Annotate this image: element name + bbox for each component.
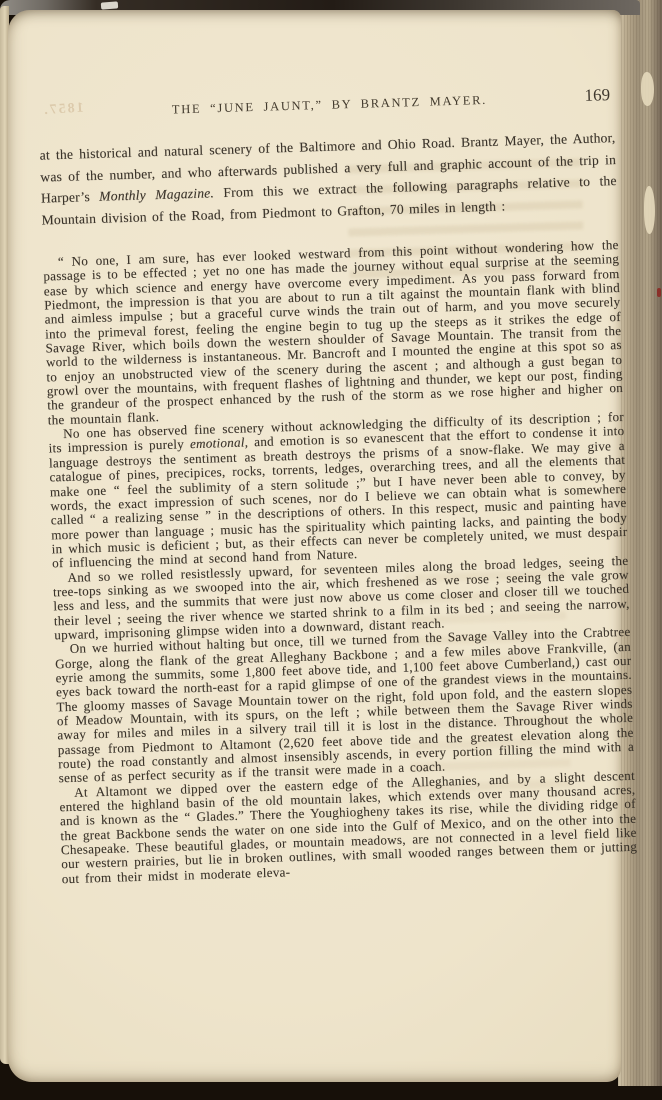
page-edge-chip bbox=[644, 186, 655, 234]
paragraph-text: On we hurried without halting but once, … bbox=[55, 624, 634, 786]
top-edge-chip bbox=[101, 1, 118, 9]
intro-italic-magazine-title: Monthly Magazine. bbox=[99, 185, 214, 204]
paragraph-text: At Altamont we dipped over the eastern e… bbox=[59, 767, 637, 886]
ghost-bleed-year: 1857. bbox=[42, 101, 84, 120]
intro-paragraph: at the historical and natural scenery of… bbox=[39, 127, 617, 231]
scanned-book-photo: { "header": { "running_title": "THE \u20… bbox=[0, 0, 662, 1100]
red-edge-mark bbox=[657, 288, 661, 297]
extract-body: “ No one, I am sure, has ever looked wes… bbox=[43, 238, 638, 886]
page-text-block: 1857. THE “JUNE JAUNT,” BY BRANTZ MAYER.… bbox=[38, 85, 638, 886]
paragraph: No one has observed fine scenery without… bbox=[48, 410, 628, 571]
book-page: 1857. THE “JUNE JAUNT,” BY BRANTZ MAYER.… bbox=[8, 10, 621, 1082]
paragraph: On we hurried without halting but once, … bbox=[55, 625, 635, 786]
paragraph: “ No one, I am sure, has ever looked wes… bbox=[43, 238, 624, 428]
running-title: THE “JUNE JAUNT,” BY BRANTZ MAYER. bbox=[38, 90, 575, 121]
page-number: 169 bbox=[584, 85, 614, 106]
paragraph: At Altamont we dipped over the eastern e… bbox=[59, 768, 638, 886]
paragraph-text: “ No one, I am sure, has ever looked wes… bbox=[43, 237, 623, 427]
page-header: THE “JUNE JAUNT,” BY BRANTZ MAYER. 169 bbox=[38, 85, 614, 123]
page-edge-chip bbox=[641, 72, 654, 106]
